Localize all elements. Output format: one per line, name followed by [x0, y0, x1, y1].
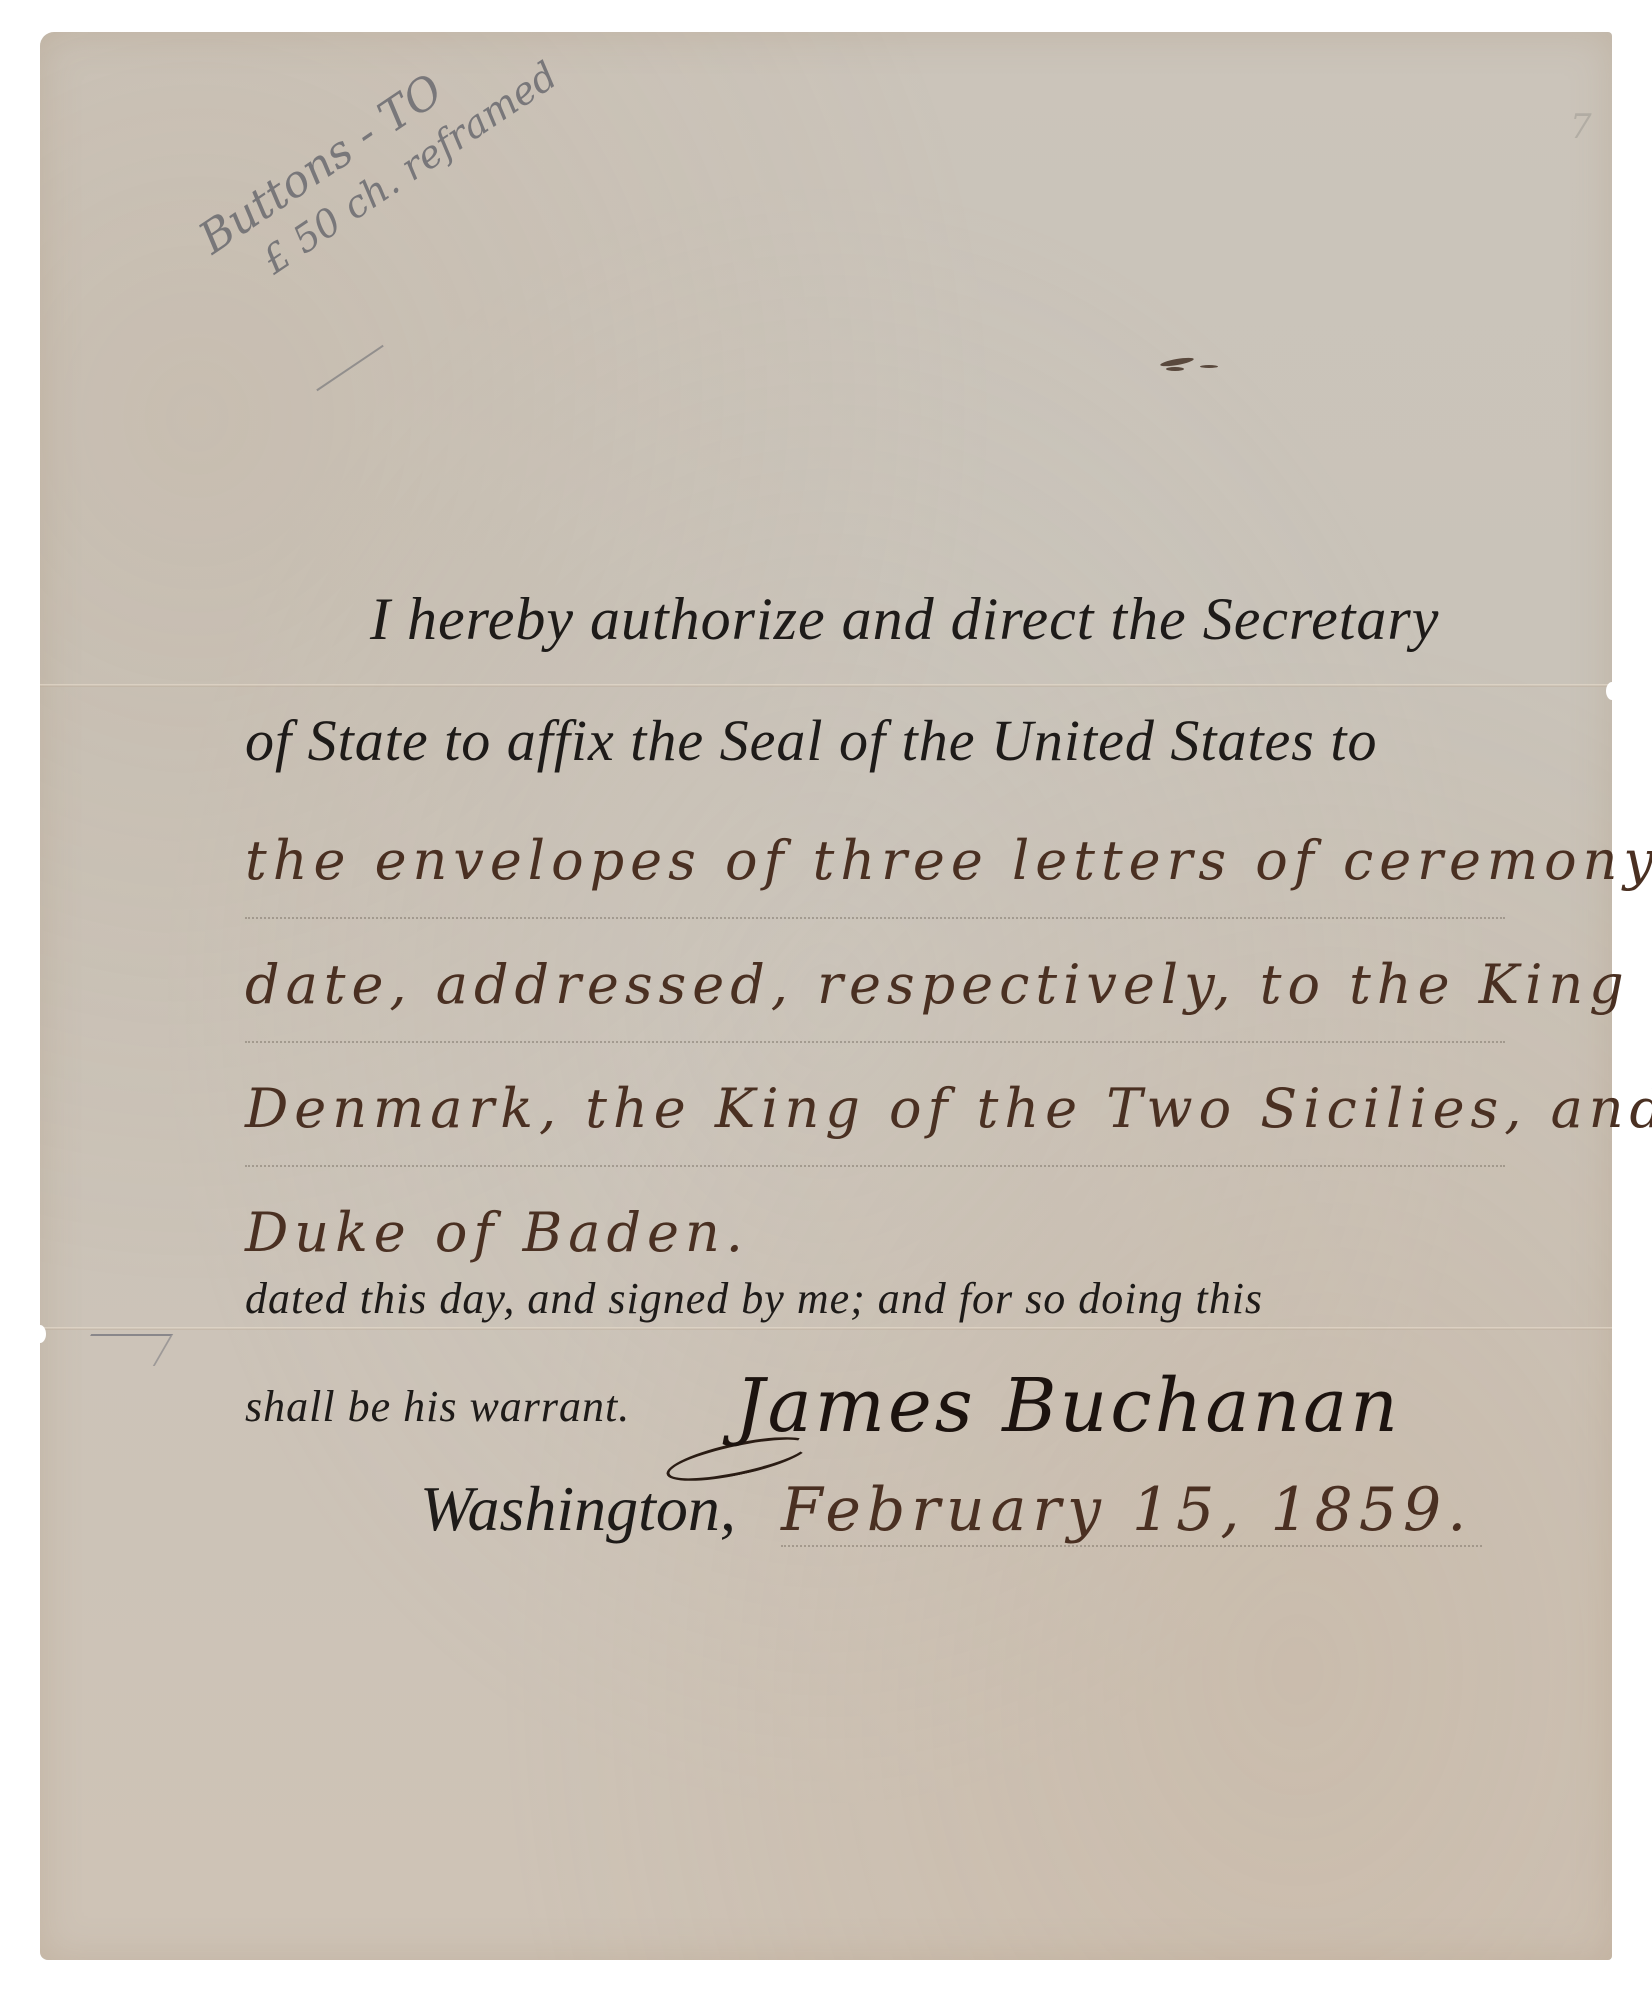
paper-tear [73, 1334, 173, 1366]
engraved-line-4: shall be his warrant. [245, 1381, 630, 1432]
engraved-line-1: I hereby authorize and direct the Secret… [245, 577, 1505, 707]
date: February 15, 1859. [781, 1475, 1482, 1547]
date-line: Washington, February 15, 1859. [420, 1472, 1482, 1546]
ink-smudge [1160, 357, 1220, 371]
pencil-annotation: Buttons - TO £ 50 ch. reframed [190, 7, 567, 309]
signature: James Buchanan [735, 1363, 1401, 1449]
document-paper: Buttons - TO £ 50 ch. reframed 7 I hereb… [40, 32, 1612, 1960]
edge-notch-left [34, 1325, 46, 1343]
edge-notch-right [1606, 682, 1618, 700]
engraved-line-3: dated this day, and signed by me; and fo… [245, 1273, 1505, 1373]
handwritten-line-2: date, addressed, respectively, to the Ki… [245, 953, 1505, 1043]
corner-mark: 7 [1570, 107, 1592, 147]
handwritten-line-4: Duke of Baden. [245, 1201, 1505, 1273]
handwritten-line-1: the envelopes of three letters of ceremo… [245, 829, 1505, 919]
handwritten-line-3: Denmark, the King of the Two Sicilies, a… [245, 1077, 1505, 1167]
place: Washington, [420, 1473, 736, 1544]
engraved-line-2: of State to affix the Seal of the United… [245, 707, 1505, 829]
pencil-underline [316, 345, 383, 391]
warrant-body: I hereby authorize and direct the Secret… [245, 577, 1505, 1493]
